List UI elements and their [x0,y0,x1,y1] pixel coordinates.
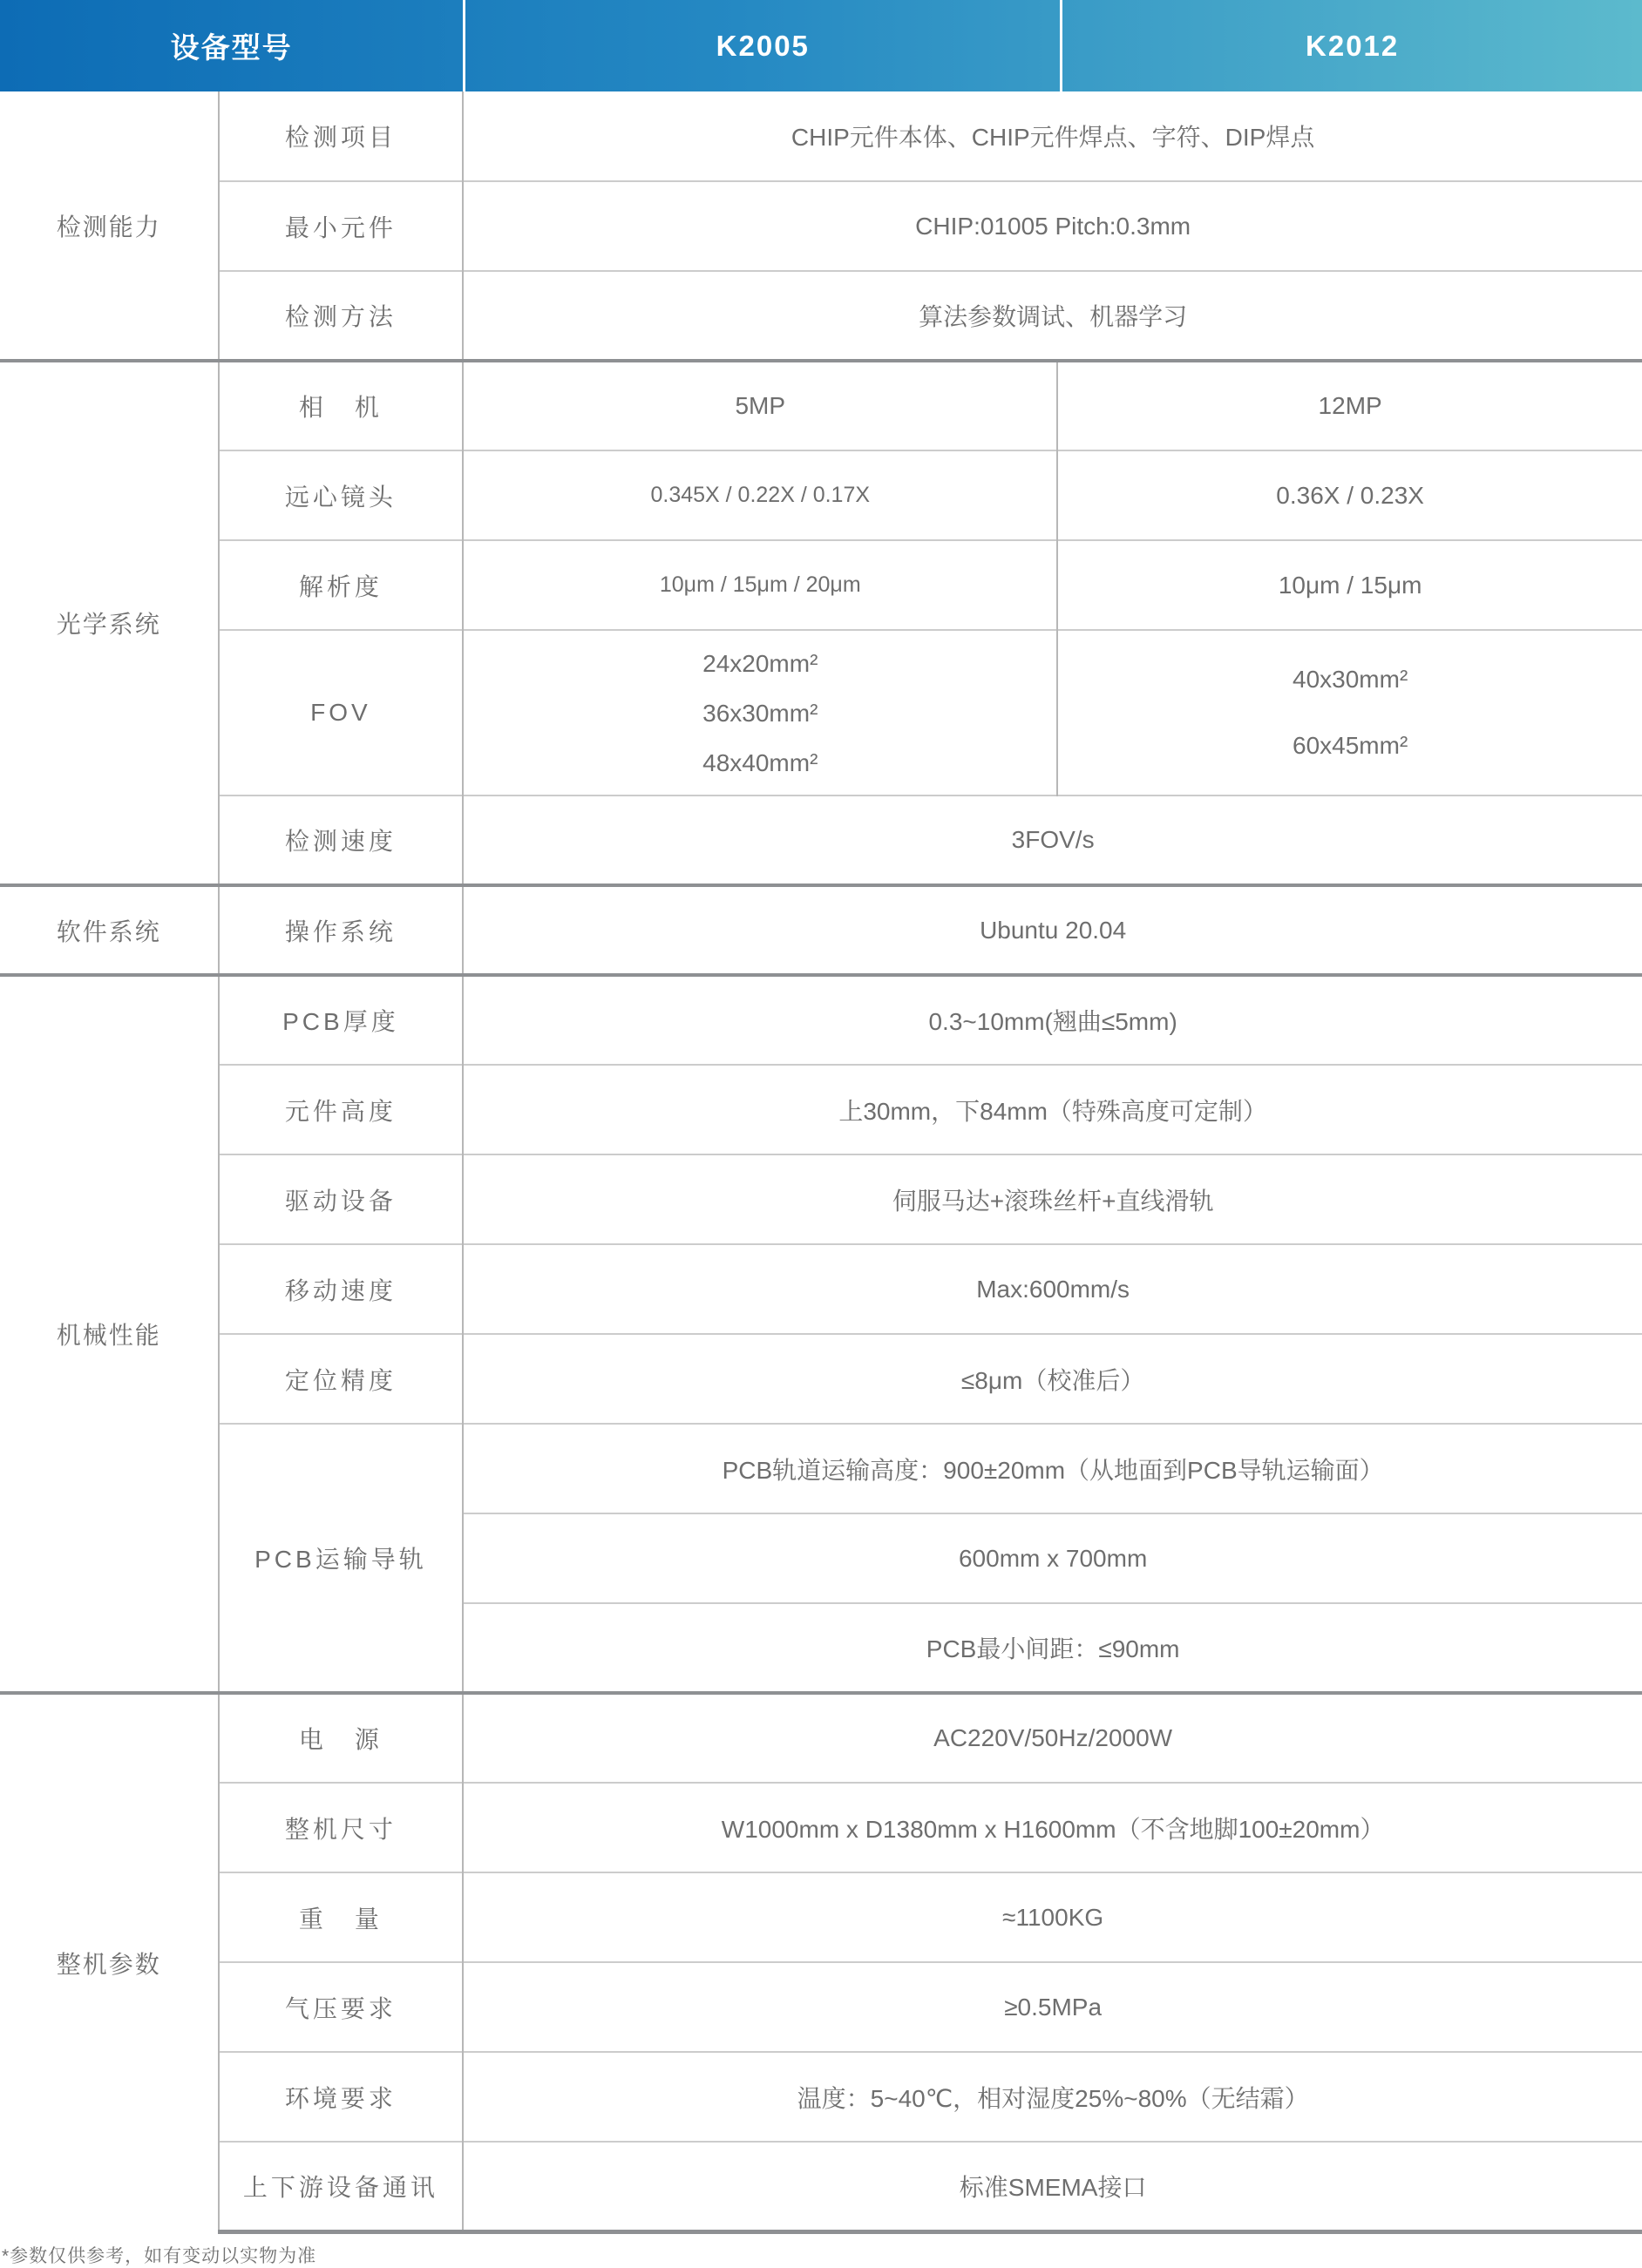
row-label: 解析度 [219,540,464,630]
fov-value-line: 36x30mm² [471,688,1049,738]
table-row: 整机参数 电 源 AC220V/50Hz/2000W [0,1693,1642,1783]
row-label: 检测方法 [219,271,464,361]
fov-value-line: 48x40mm² [471,738,1049,788]
row-value: CHIP:01005 Pitch:0.3mm [463,181,1642,271]
row-value: 标准SMEMA接口 [463,2142,1642,2231]
footnote: *参数仅供参考，如有变动以实物为准 [0,2242,1642,2268]
table-row: 光学系统 相 机 5MP 12MP [0,361,1642,450]
table-row: 机械性能 PCB厚度 0.3~10mm(翘曲≤5mm) [0,975,1642,1065]
table-header: 设备型号 K2005 K2012 [0,0,1642,91]
group-label-software-system: 软件系统 [0,885,219,975]
header-k2012: K2012 [1060,0,1642,91]
row-label: 整机尺寸 [219,1783,464,1872]
row-value: 伺服马达+滚珠丝杆+直线滑轨 [463,1154,1642,1244]
table-row: 上下游设备通讯 标准SMEMA接口 [0,2142,1642,2231]
table-row: 远心镜头 0.345X / 0.22X / 0.17X 0.36X / 0.23… [0,450,1642,540]
row-label: FOV [219,630,464,795]
row-value: ≥0.5MPa [463,1962,1642,2052]
table-row: 整机尺寸 W1000mm x D1380mm x H1600mm（不含地脚100… [0,1783,1642,1872]
fov-value-line: 24x20mm² [471,639,1049,688]
row-label: 上下游设备通讯 [219,2142,464,2231]
row-label: 定位精度 [219,1334,464,1424]
table-row: FOV 24x20mm² 36x30mm² 48x40mm² 40x30mm² … [0,630,1642,795]
table-row: 最小元件 CHIP:01005 Pitch:0.3mm [0,181,1642,271]
row-label: 重 量 [219,1872,464,1962]
table-row: 气压要求 ≥0.5MPa [0,1962,1642,2052]
table-row: 检测方法 算法参数调试、机器学习 [0,271,1642,361]
row-value-k2012: 40x30mm² 60x45mm² [1057,630,1642,795]
row-value: 600mm x 700mm [463,1513,1642,1603]
row-label: 元件高度 [219,1065,464,1154]
row-value-k2005: 5MP [463,361,1057,450]
table-row: 解析度 10μm / 15μm / 20μm 10μm / 15μm [0,540,1642,630]
table-row: 元件高度 上30mm，下84mm（特殊高度可定制） [0,1065,1642,1154]
row-label: 电 源 [219,1693,464,1783]
row-label: 最小元件 [219,181,464,271]
row-value: CHIP元件本体、CHIP元件焊点、字符、DIP焊点 [463,91,1642,181]
row-value: Ubuntu 20.04 [463,885,1642,975]
group-label-mechanical-performance: 机械性能 [0,975,219,1693]
table-row: 驱动设备 伺服马达+滚珠丝杆+直线滑轨 [0,1154,1642,1244]
table-row: 检测速度 3FOV/s [0,795,1642,885]
row-value: ≤8μm（校准后） [463,1334,1642,1424]
table-row: 定位精度 ≤8μm（校准后） [0,1334,1642,1424]
row-value-k2005: 24x20mm² 36x30mm² 48x40mm² [463,630,1057,795]
fov-value-line: 40x30mm² [1065,647,1635,713]
row-value: PCB最小间距：≤90mm [463,1603,1642,1693]
group-label-optical-system: 光学系统 [0,361,219,885]
row-label: 远心镜头 [219,450,464,540]
row-value-k2012: 0.36X / 0.23X [1057,450,1642,540]
row-label: 气压要求 [219,1962,464,2052]
table-row: 重 量 ≈1100KG [0,1872,1642,1962]
row-label: 相 机 [219,361,464,450]
table-row: 软件系统 操作系统 Ubuntu 20.04 [0,885,1642,975]
row-label: PCB厚度 [219,975,464,1065]
row-value: 温度：5~40℃，相对湿度25%~80%（无结霜） [463,2052,1642,2142]
table-row: 检测能力 检测项目 CHIP元件本体、CHIP元件焊点、字符、DIP焊点 [0,91,1642,181]
row-label: 检测速度 [219,795,464,885]
row-value: ≈1100KG [463,1872,1642,1962]
row-value: 上30mm，下84mm（特殊高度可定制） [463,1065,1642,1154]
group-label-machine-parameters: 整机参数 [0,1693,219,2231]
row-value-k2005: 10μm / 15μm / 20μm [463,540,1057,630]
row-label: 驱动设备 [219,1154,464,1244]
row-value: 算法参数调试、机器学习 [463,271,1642,361]
row-value: PCB轨道运输高度：900±20mm（从地面到PCB导轨运输面） [463,1424,1642,1513]
row-value: W1000mm x D1380mm x H1600mm（不含地脚100±20mm… [463,1783,1642,1872]
fov-value-line: 60x45mm² [1065,713,1635,779]
header-k2005: K2005 [463,0,1060,91]
row-label: 检测项目 [219,91,464,181]
row-value: 3FOV/s [463,795,1642,885]
table-row: 环境要求 温度：5~40℃，相对湿度25%~80%（无结霜） [0,2052,1642,2142]
row-value: AC220V/50Hz/2000W [463,1693,1642,1783]
header-model-label: 设备型号 [0,0,463,91]
row-label: 操作系统 [219,885,464,975]
spec-table: 检测能力 检测项目 CHIP元件本体、CHIP元件焊点、字符、DIP焊点 最小元… [0,91,1642,2234]
row-label: 移动速度 [219,1244,464,1334]
row-value-k2005: 0.345X / 0.22X / 0.17X [463,450,1057,540]
row-value: Max:600mm/s [463,1244,1642,1334]
row-value: 0.3~10mm(翘曲≤5mm) [463,975,1642,1065]
row-label-pcb-rail: PCB运输导轨 [219,1424,464,1693]
row-label: 环境要求 [219,2052,464,2142]
group-label-inspection-capability: 检测能力 [0,91,219,361]
row-value-k2012: 10μm / 15μm [1057,540,1642,630]
row-value-k2012: 12MP [1057,361,1642,450]
table-row: PCB运输导轨 PCB轨道运输高度：900±20mm（从地面到PCB导轨运输面） [0,1424,1642,1513]
table-row: 移动速度 Max:600mm/s [0,1244,1642,1334]
